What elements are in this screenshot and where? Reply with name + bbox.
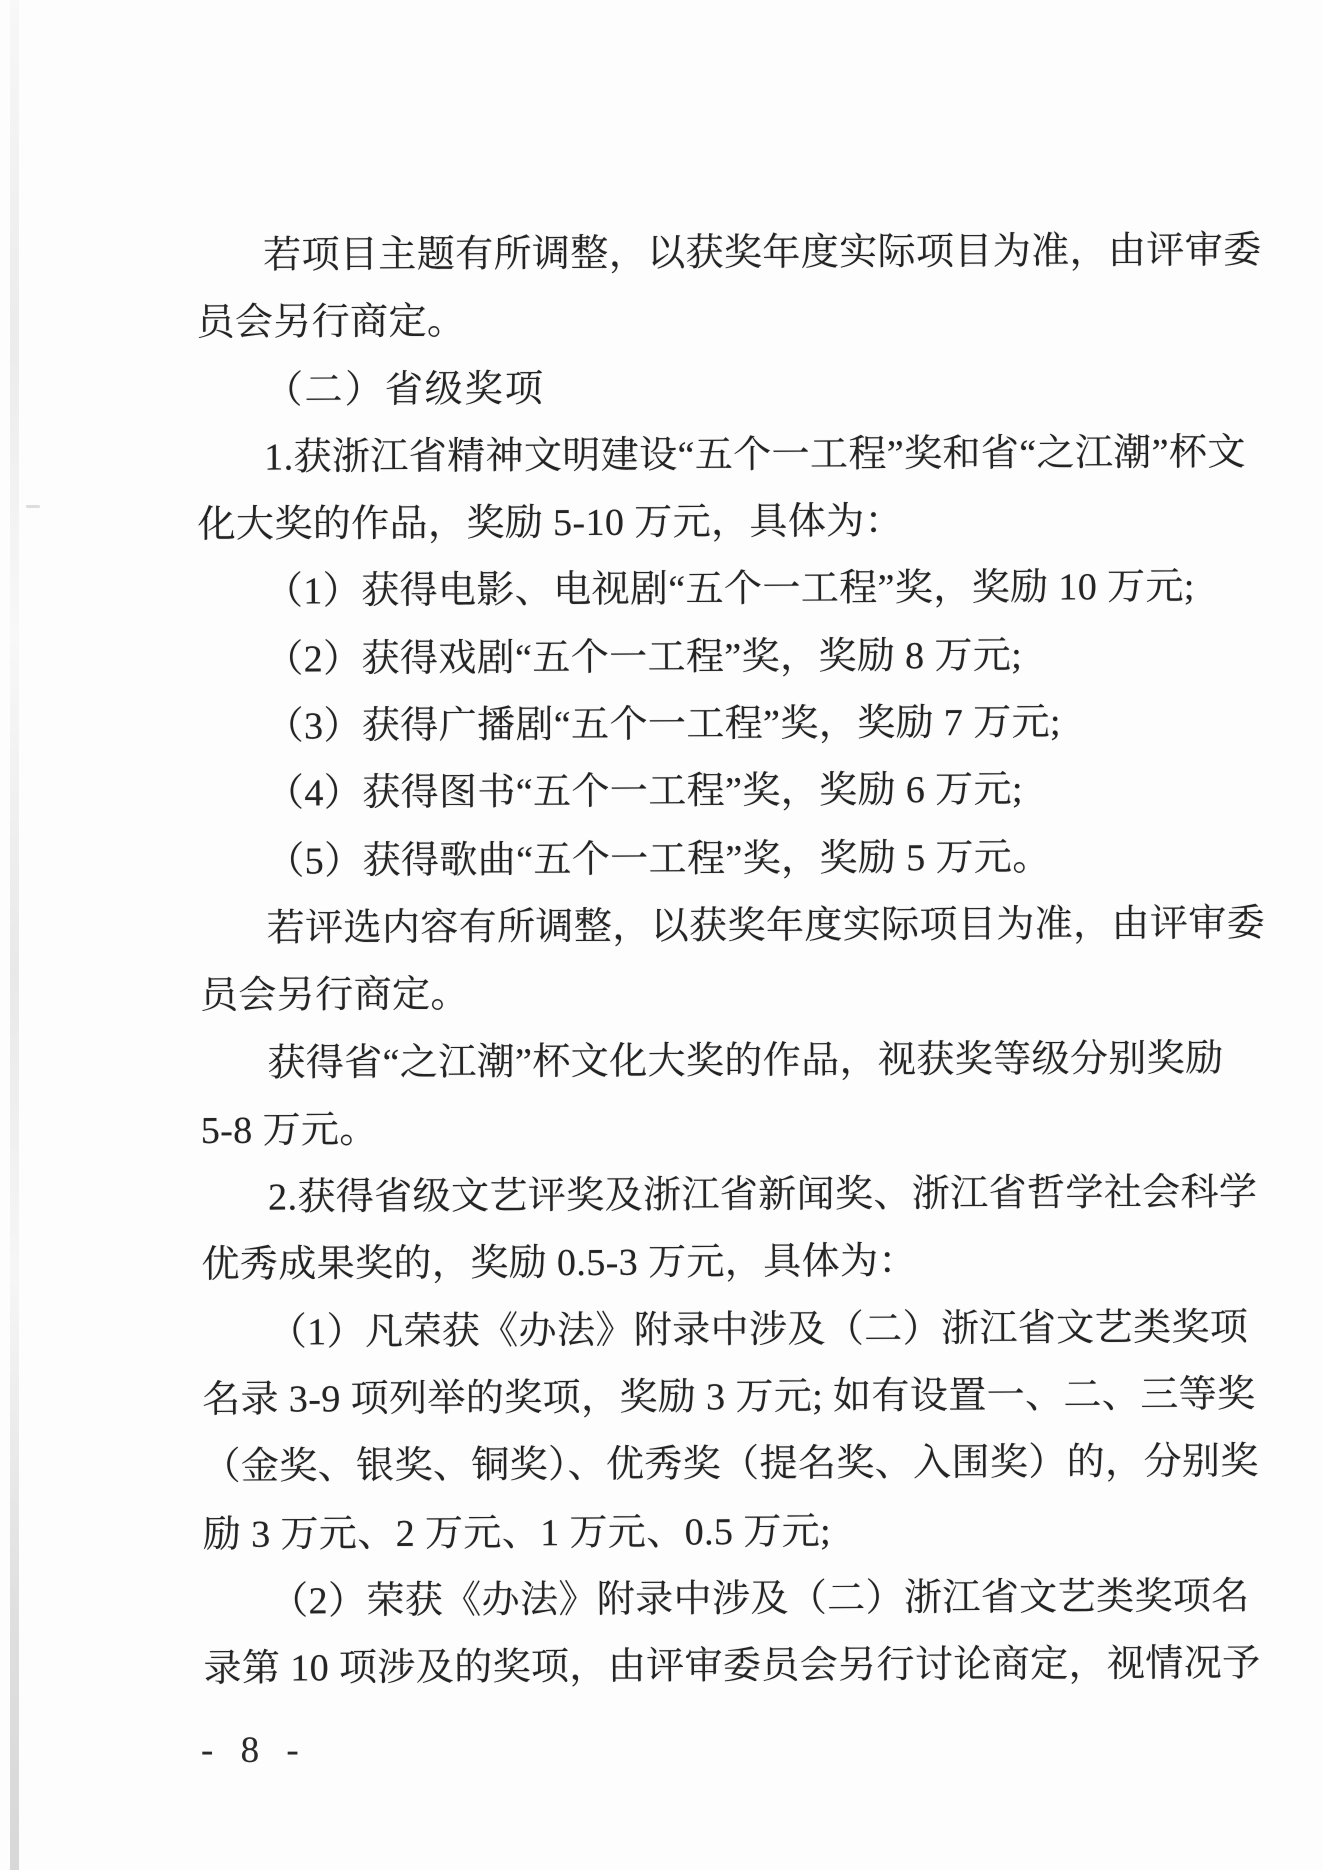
section-heading: （二）省级奖项 [197, 352, 1205, 425]
doc-line: （2）荣获《办法》附录中涉及（二）浙江省文艺类奖项名 [203, 1564, 1211, 1637]
doc-line: （5）获得歌曲“五个一工程”奖，奖励 5 万元。 [199, 823, 1207, 896]
doc-line: 化大奖的作品，奖励 5-10 万元，具体为： [197, 487, 1205, 560]
doc-line: （3）获得广播剧“五个一工程”奖，奖励 7 万元; [198, 689, 1206, 762]
doc-line: 2.获得省级文艺评奖及浙江省新闻奖、浙江省哲学社会科学 [201, 1160, 1209, 1233]
doc-line: 员会另行商定。 [200, 958, 1208, 1031]
doc-line: （4）获得图书“五个一工程”奖，奖励 6 万元; [199, 756, 1207, 829]
doc-line: 录第 10 项涉及的奖项，由评审委员会另行讨论商定，视情况予 [203, 1631, 1211, 1704]
doc-line: 获得省“之江潮”杯文化大奖的作品，视获奖等级分别奖励 [200, 1025, 1208, 1098]
doc-line: （1）凡荣获《办法》附录中涉及（二）浙江省文艺类奖项 [202, 1294, 1210, 1367]
document-body: 若项目主题有所调整，以获奖年度实际项目为准，由评审委 员会另行商定。 （二）省级… [196, 218, 1212, 1704]
doc-line: （1）获得电影、电视剧“五个一工程”奖，奖励 10 万元; [198, 554, 1206, 627]
doc-line: （金奖、银奖、铜奖）、优秀奖（提名奖、入围奖）的，分别奖 [202, 1429, 1210, 1502]
doc-line: 励 3 万元、2 万元、1 万元、0.5 万元; [203, 1496, 1211, 1569]
page-number: - 8 - [201, 1729, 308, 1773]
section-heading-text: （二）省级奖项 [264, 356, 545, 425]
doc-line: 员会另行商定。 [196, 285, 1204, 358]
doc-line: 名录 3-9 项列举的奖项，奖励 3 万元; 如有设置一、二、三等奖 [202, 1362, 1210, 1435]
doc-line: （2）获得戏剧“五个一工程”奖，奖励 8 万元; [198, 621, 1206, 694]
doc-line: 5-8 万元。 [201, 1093, 1209, 1166]
doc-line: 若项目主题有所调整，以获奖年度实际项目为准，由评审委 [196, 218, 1204, 291]
scanned-document-page: 若项目主题有所调整，以获奖年度实际项目为准，由评审委 员会另行商定。 （二）省级… [0, 0, 1323, 1870]
scan-edge-streak [10, 0, 19, 1870]
scan-smudge-mark [26, 505, 40, 508]
doc-line: 1.获浙江省精神文明建设“五个一工程”奖和省“之江潮”杯文 [197, 420, 1205, 493]
doc-line: 若评选内容有所调整，以获奖年度实际项目为准，由评审委 [200, 891, 1208, 964]
doc-line: 优秀成果奖的，奖励 0.5-3 万元，具体为： [201, 1227, 1209, 1300]
